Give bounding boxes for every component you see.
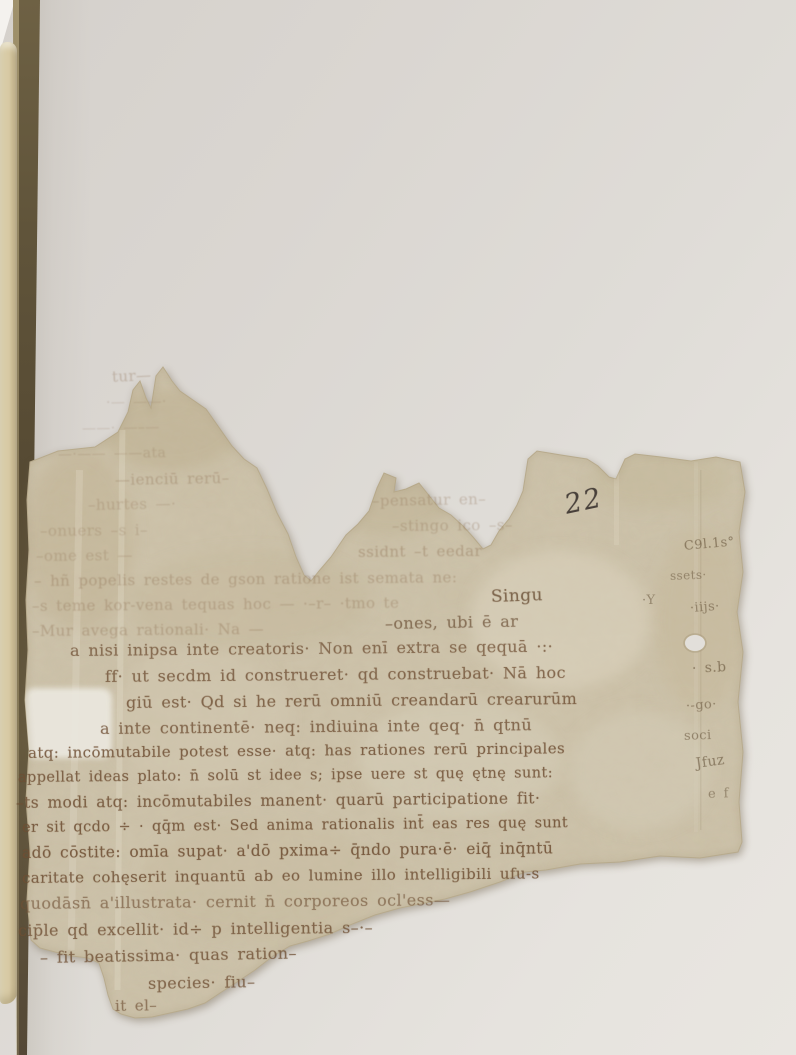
repair-patch [24,688,112,758]
manuscript-photo: 22 tur—·— ——·——· —–——·—— ——ata—ienciū re… [0,0,796,1055]
parchment-texture [0,350,796,1055]
parchment-hole [685,635,705,651]
parchment-fragment [0,0,796,1055]
